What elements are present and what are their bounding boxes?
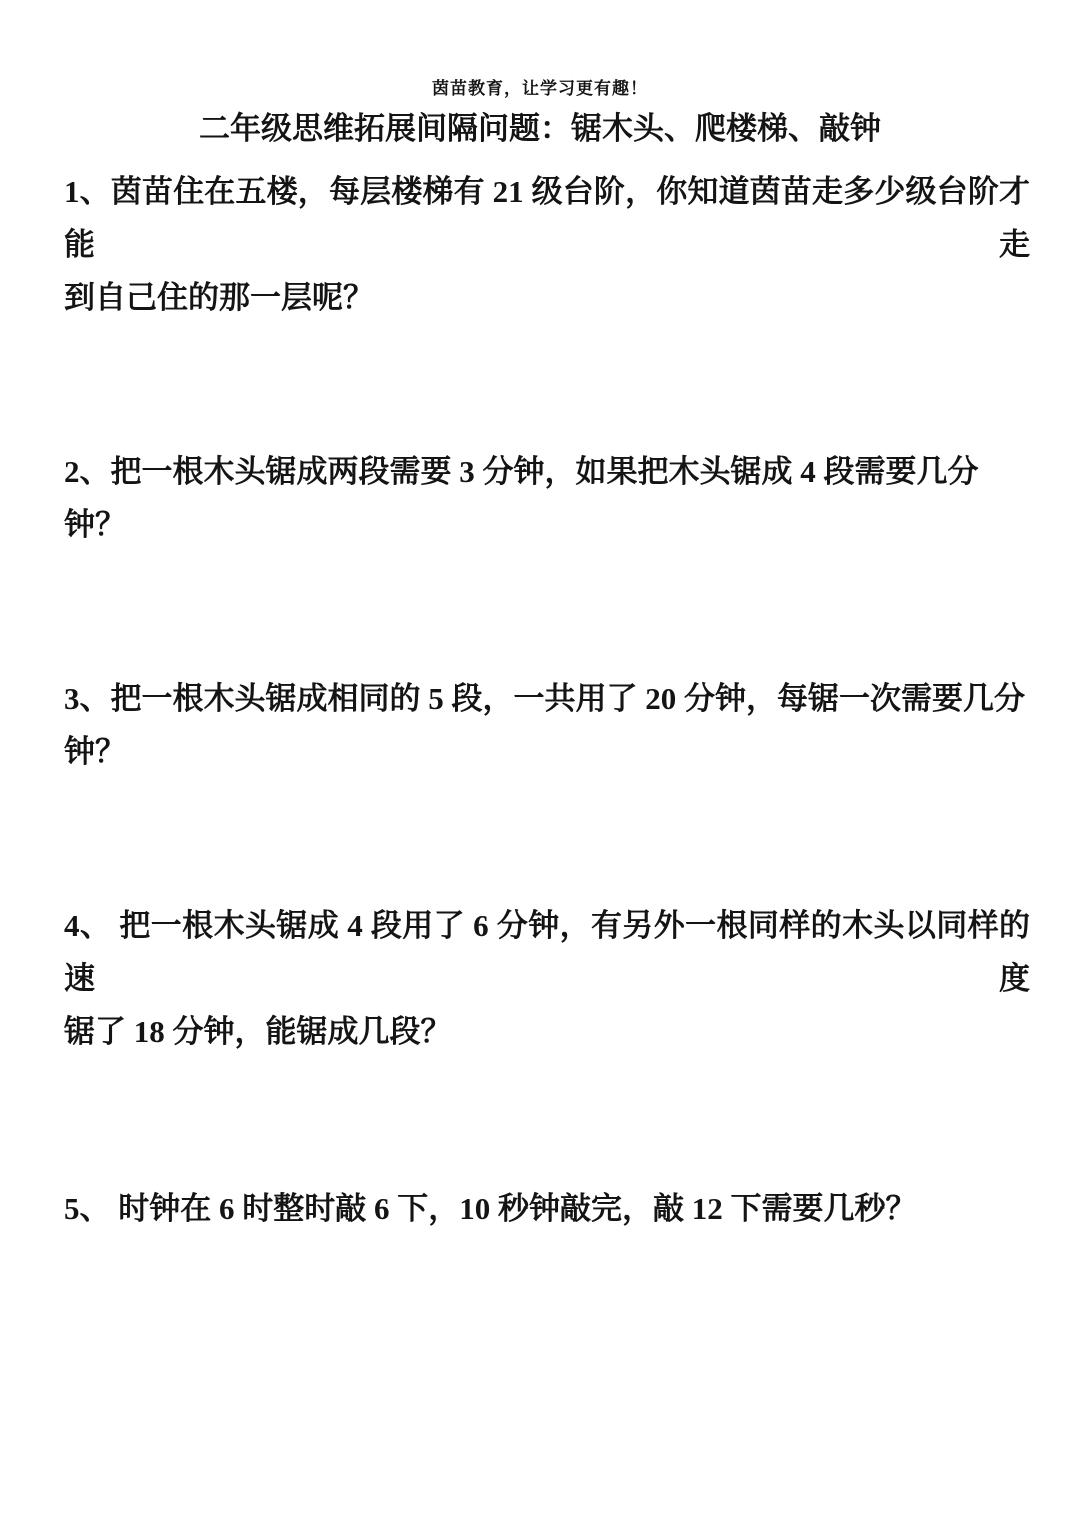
question-4: 4、 把一根木头锯成 4 段用了 6 分钟，有另外一根同样的木头以同样的速度 锯…: [64, 899, 1030, 1058]
question-1-line-2: 到自己住的那一层呢？: [64, 271, 1030, 324]
brand-header: 茵苗教育，让学习更有趣！: [0, 74, 1080, 99]
question-2: 2、把一根木头锯成两段需要 3 分钟，如果把木头锯成 4 段需要几分钟？: [64, 445, 1030, 551]
question-4-line-2: 锯了 18 分钟，能锯成几段？: [64, 1005, 1030, 1058]
question-1-line-1: 1、茵苗住在五楼，每层楼梯有 21 级台阶，你知道茵苗走多少级台阶才能走: [64, 165, 1030, 271]
question-5: 5、 时钟在 6 时整时敲 6 下，10 秒钟敲完，敲 12 下需要几秒？: [64, 1182, 1030, 1235]
page-title: 二年级思维拓展间隔问题：锯木头、爬楼梯、敲钟: [0, 103, 1080, 148]
question-2-line-1: 2、把一根木头锯成两段需要 3 分钟，如果把木头锯成 4 段需要几分钟？: [64, 445, 1030, 551]
question-1: 1、茵苗住在五楼，每层楼梯有 21 级台阶，你知道茵苗走多少级台阶才能走 到自己…: [64, 165, 1030, 324]
question-4-line-1: 4、 把一根木头锯成 4 段用了 6 分钟，有另外一根同样的木头以同样的速度: [64, 899, 1030, 1005]
worksheet-page: 茵苗教育，让学习更有趣！ 二年级思维拓展间隔问题：锯木头、爬楼梯、敲钟 1、茵苗…: [0, 0, 1080, 1527]
question-5-line-1: 5、 时钟在 6 时整时敲 6 下，10 秒钟敲完，敲 12 下需要几秒？: [64, 1182, 1030, 1235]
question-3-line-1: 3、把一根木头锯成相同的 5 段，一共用了 20 分钟，每锯一次需要几分钟？: [64, 672, 1030, 778]
question-3: 3、把一根木头锯成相同的 5 段，一共用了 20 分钟，每锯一次需要几分钟？: [64, 672, 1030, 778]
